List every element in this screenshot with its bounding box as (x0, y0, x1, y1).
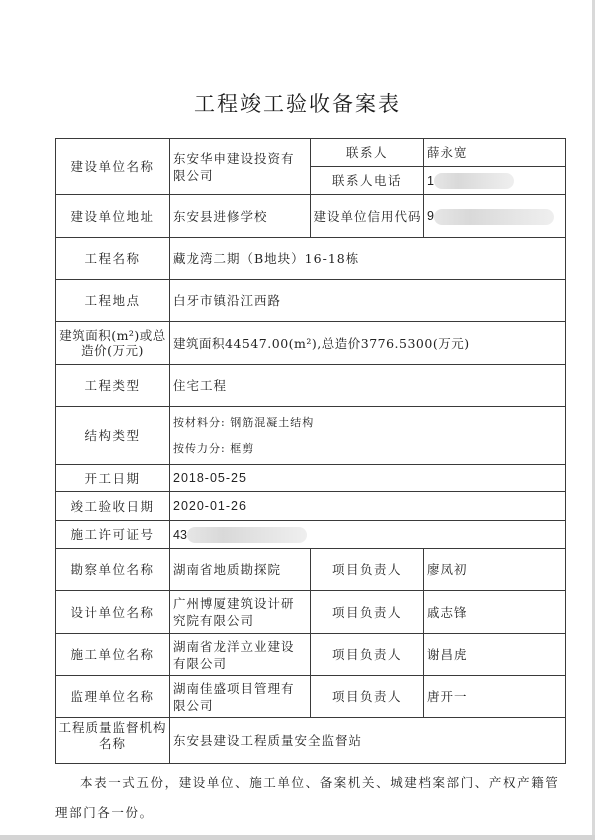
area-cost-label-line2: 造价(万元) (56, 343, 169, 358)
project-location-label: 工程地点 (56, 280, 170, 322)
table-row: 开工日期 2018-05-25 (56, 465, 566, 492)
design-lead-value: 戚志锋 (424, 591, 566, 634)
start-date-label: 开工日期 (56, 465, 170, 492)
completion-date-value: 2020-01-26 (170, 492, 566, 521)
builder-name-value: 东安华申建设投资有限公司 (170, 139, 311, 195)
table-row: 工程类型 住宅工程 (56, 365, 566, 407)
table-row: 施工单位名称 湖南省龙洋立业建设有限公司 项目负责人 谢昌虎 (56, 634, 566, 676)
design-unit-value: 广州博厦建筑设计研究院有限公司 (170, 591, 311, 634)
credit-code-cell: 9 (424, 195, 566, 238)
quality-agency-label-line1: 工程质量监督机构 (56, 720, 169, 736)
project-type-value: 住宅工程 (170, 365, 566, 407)
record-form-table: 建设单位名称 东安华申建设投资有限公司 联系人 薛永宽 联系人电话 1 建设单位… (55, 138, 566, 764)
supervision-lead-label: 项目负责人 (311, 676, 424, 718)
table-row: 建设单位名称 东安华申建设投资有限公司 联系人 薛永宽 (56, 139, 566, 167)
design-unit-label: 设计单位名称 (56, 591, 170, 634)
contact-phone-cell: 1 (424, 167, 566, 195)
structure-by-material: 按材料分: 钢筋混凝土结构 (173, 410, 562, 436)
project-name-value: 藏龙湾二期（B地块）16-18栋 (170, 238, 566, 280)
construction-unit-label: 施工单位名称 (56, 634, 170, 676)
project-type-label: 工程类型 (56, 365, 170, 407)
supervision-lead-value: 唐开一 (424, 676, 566, 718)
contact-phone-label: 联系人电话 (311, 167, 424, 195)
survey-lead-value: 廖凤初 (424, 549, 566, 591)
quality-agency-label: 工程质量监督机构 名称 (56, 718, 170, 764)
footnote: 本表一式五份，建设单位、施工单位、备案机关、城建档案部门、产权产籍管理部门各一份… (55, 768, 567, 828)
redaction-blur (434, 173, 514, 189)
table-row: 设计单位名称 广州博厦建筑设计研究院有限公司 项目负责人 戚志锋 (56, 591, 566, 634)
start-date-value: 2018-05-25 (170, 465, 566, 492)
structure-type-label: 结构类型 (56, 407, 170, 465)
redaction-blur (187, 527, 307, 543)
table-row: 工程名称 藏龙湾二期（B地块）16-18栋 (56, 238, 566, 280)
permit-no-value: 43 (173, 528, 187, 542)
page-edge (0, 835, 595, 840)
project-location-value: 白牙市镇沿江西路 (170, 280, 566, 322)
table-row: 监理单位名称 湖南佳盛项目管理有限公司 项目负责人 唐开一 (56, 676, 566, 718)
completion-date-label: 竣工验收日期 (56, 492, 170, 521)
structure-type-value: 按材料分: 钢筋混凝土结构 按传力分: 框剪 (170, 407, 566, 465)
project-name-label: 工程名称 (56, 238, 170, 280)
table-row: 竣工验收日期 2020-01-26 (56, 492, 566, 521)
contact-phone-value: 1 (427, 174, 434, 188)
area-cost-label: 建筑面积(m²)或总 造价(万元) (56, 322, 170, 365)
table-row: 建筑面积(m²)或总 造价(万元) 建筑面积44547.00(m²),总造价37… (56, 322, 566, 365)
table-row: 施工许可证号 43 (56, 521, 566, 549)
supervision-unit-value: 湖南佳盛项目管理有限公司 (170, 676, 311, 718)
builder-address-label: 建设单位地址 (56, 195, 170, 238)
redaction-blur (434, 209, 554, 225)
survey-lead-label: 项目负责人 (311, 549, 424, 591)
area-cost-value: 建筑面积44547.00(m²),总造价3776.5300(万元) (170, 322, 566, 365)
builder-name-label: 建设单位名称 (56, 139, 170, 195)
table-row: 建设单位地址 东安县进修学校 建设单位信用代码 9 (56, 195, 566, 238)
contact-label: 联系人 (311, 139, 424, 167)
table-row: 工程质量监督机构 名称 东安县建设工程质量安全监督站 (56, 718, 566, 764)
permit-no-cell: 43 (170, 521, 566, 549)
survey-unit-value: 湖南省地质勘探院 (170, 549, 311, 591)
survey-unit-label: 勘察单位名称 (56, 549, 170, 591)
design-lead-label: 项目负责人 (311, 591, 424, 634)
credit-code-value: 9 (427, 209, 434, 223)
table-row: 勘察单位名称 湖南省地质勘探院 项目负责人 廖凤初 (56, 549, 566, 591)
structure-by-force: 按传力分: 框剪 (173, 436, 562, 462)
contact-value: 薛永宽 (424, 139, 566, 167)
quality-agency-value: 东安县建设工程质量安全监督站 (170, 718, 566, 764)
table-row: 结构类型 按材料分: 钢筋混凝土结构 按传力分: 框剪 (56, 407, 566, 465)
quality-agency-label-line2: 名称 (56, 736, 169, 752)
page-title: 工程竣工验收备案表 (0, 88, 595, 118)
construction-lead-label: 项目负责人 (311, 634, 424, 676)
supervision-unit-label: 监理单位名称 (56, 676, 170, 718)
area-cost-label-line1: 建筑面积(m²)或总 (56, 328, 169, 343)
table-row: 工程地点 白牙市镇沿江西路 (56, 280, 566, 322)
credit-code-label: 建设单位信用代码 (311, 195, 424, 238)
builder-address-value: 东安县进修学校 (170, 195, 311, 238)
permit-no-label: 施工许可证号 (56, 521, 170, 549)
construction-lead-value: 谢昌虎 (424, 634, 566, 676)
construction-unit-value: 湖南省龙洋立业建设有限公司 (170, 634, 311, 676)
